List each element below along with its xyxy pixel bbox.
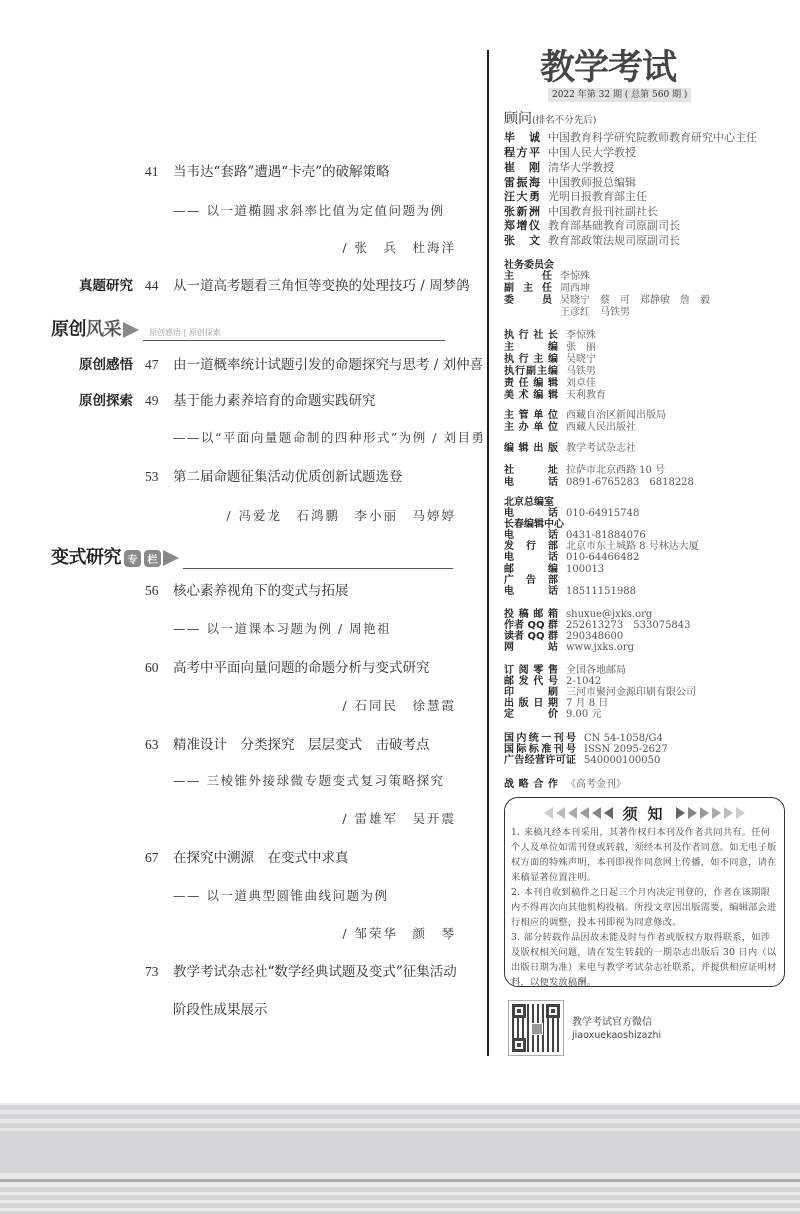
section-title: 原创风采: [51, 319, 121, 341]
article-subtitle: —— 以一道椭圆求斜率比值为定值问题为例: [173, 202, 444, 220]
editor-row: 执行主编吴晓宁: [504, 354, 596, 366]
qr-finder: [512, 1038, 526, 1052]
phone-row: 电话010-64466482: [504, 552, 639, 564]
page-number: 41: [145, 163, 173, 181]
article-title: 由一道概率统计试题引发的命题探究与思考 / 刘仲喜: [173, 357, 483, 373]
article-subtitle: —— 以一道课本习题为例 / 周艳祖: [173, 620, 391, 638]
partner-row: 战略合作《高考金刊》: [504, 779, 626, 791]
qr-pattern: [512, 1004, 560, 1052]
page-number: 60: [145, 659, 173, 677]
committee-row: 委员吴晓宁 蔡 可 郑静敏 詹 毅: [504, 295, 710, 307]
page-number: 49: [145, 392, 173, 410]
toc-entry-60[interactable]: 60高考中平面向量问题的命题分析与变式研究: [145, 659, 430, 677]
triangle-left-icon: [544, 807, 553, 819]
triangle-left-icon: [568, 807, 577, 819]
committee-row: 副主任周西坤: [504, 283, 590, 295]
triangle-right-icon: [688, 807, 697, 819]
page-number: 53: [145, 468, 173, 486]
wechat-label: 教学考试官方微信: [572, 1013, 652, 1028]
section-rule: [183, 553, 453, 569]
editor-row: 责任编辑刘卓佳: [504, 378, 596, 390]
article-title: 教学考试杂志社“数学经典试题及变式”征集活动: [173, 964, 457, 980]
advisor-row: 郑增仪教育部基础教育司原副司长: [504, 219, 680, 234]
toc-entry-56[interactable]: 56核心素养视角下的变式与拓展: [145, 582, 349, 600]
page-number: 73: [145, 963, 173, 981]
advisor-row: 程方平中国人民大学教授: [504, 146, 636, 161]
advisor-row: 雷振海中国教师报总编辑: [504, 176, 636, 191]
section-header-original: 原创风采 原创感悟 | 原创探索: [51, 317, 445, 341]
column-divider: [487, 50, 489, 1056]
triangle-left-icon: [604, 807, 613, 819]
article-authors: / 邹荣华 颜 琴: [342, 925, 456, 943]
unit-row: 主办单位西藏人民出版社: [504, 422, 636, 434]
badge-lan: 栏: [144, 550, 161, 567]
arrow-right-icon: [163, 550, 179, 566]
article-title: 基于能力素养培育的命题实践研究: [173, 393, 376, 409]
qr-logo: [531, 1023, 543, 1035]
article-title: 从一道高考题看三角恒等变换的处理技巧 / 周梦鸽: [173, 278, 470, 294]
table-of-contents: 41当韦达“套路”遭遇“卡壳”的破解策略 —— 以一道椭圆求斜率比值为定值问题为…: [0, 0, 480, 1060]
notice-title: 须知: [622, 803, 672, 824]
website-row: 网站www.jxks.org: [504, 642, 634, 654]
publisher-row: 编辑出版教学考试杂志社: [504, 443, 636, 455]
article-title: 核心素养视角下的变式与拓展: [173, 583, 349, 599]
price-row: 定价9.00 元: [504, 709, 601, 721]
advisor-row: 崔 刚清华大学教授: [504, 161, 614, 176]
page-number: 47: [145, 356, 173, 374]
page-number: 56: [145, 582, 173, 600]
issue-number: 2022 年第 32 期 ( 总第 560 期 ): [548, 88, 691, 102]
section-label-tansuo: 原创探索: [43, 392, 133, 410]
toc-entry-41[interactable]: 41当韦达“套路”遭遇“卡壳”的破解策略: [145, 163, 390, 181]
phone-row: 电话18511151988: [504, 586, 636, 598]
triangle-right-icon: [724, 807, 733, 819]
arrow-right-icon: [123, 322, 139, 338]
notice-item-3: 3. 部分转载作品因故未能及时与作者或版权方取得联系，如涉及版权相关问题，请在发…: [511, 930, 778, 990]
advisor-row: 毕 诚中国教育科学研究院教师教育研究中心主任: [504, 131, 757, 146]
article-authors: / 石同民 徐慧霞: [342, 697, 456, 715]
editor-row: 美术编辑天利教育: [504, 390, 606, 402]
article-title: 精准设计 分类探究 层层变式 击破考点: [173, 737, 430, 753]
article-subtitle: ——以“平面向量题命制的四种形式”为例 / 刘目勇: [173, 429, 485, 447]
qr-finder: [546, 1004, 560, 1018]
toc-entry-49[interactable]: 49基于能力素养培育的命题实践研究: [145, 392, 376, 410]
page-number: 63: [145, 736, 173, 754]
editor-row: 主编张 丽: [504, 342, 596, 354]
toc-entry-47[interactable]: 47由一道概率统计试题引发的命题探究与思考 / 刘仲喜: [145, 356, 483, 374]
magazine-logo: 教学考试: [540, 48, 676, 88]
badge-zhuan: 专: [124, 550, 141, 567]
unit-row: 主管单位西藏自治区新闻出版局: [504, 410, 666, 422]
ad-license-row: 广告经营许可证540000100050: [504, 755, 660, 767]
article-authors: / 雷雄军 吴开震: [342, 810, 456, 828]
triangle-left-icon: [556, 807, 565, 819]
editor-row: 执行副主编马铁男: [504, 366, 596, 378]
notice-header: 须知: [511, 804, 778, 822]
toc-entry-44[interactable]: 44从一道高考题看三角恒等变换的处理技巧 / 周梦鸽: [145, 277, 470, 295]
article-title-continued: 阶段性成果展示: [173, 1001, 268, 1019]
toc-entry-73[interactable]: 73教学考试杂志社“数学经典试题及变式”征集活动: [145, 963, 457, 981]
section-subtitle: 原创感悟 | 原创探索: [143, 325, 445, 341]
committee-row: 王彦红 马铁男: [504, 307, 630, 319]
committee-row: 主任李惊殊: [504, 271, 590, 283]
advisor-row: 张 文教育部政策法规司原副司长: [504, 234, 680, 249]
advisors-heading: 顾问(排名不分先后): [504, 110, 596, 130]
phone-row: 电话0891-6765283 6818228: [504, 477, 694, 489]
triangle-right-icon: [712, 807, 721, 819]
wechat-id: jiaoxuekaoshizazhi: [572, 1030, 661, 1041]
section-label-zhenti: 真题研究: [43, 277, 133, 295]
triangle-right-icon: [676, 807, 685, 819]
advisor-row: 张新洲中国教育报刊社副社长: [504, 205, 658, 220]
article-title: 当韦达“套路”遭遇“卡壳”的破解策略: [173, 164, 390, 180]
section-header-variant: 变式研究 专 栏: [51, 545, 453, 569]
qr-finder: [512, 1004, 526, 1018]
article-title: 第二届命题征集活动优质创新试题选登: [173, 469, 403, 485]
page-number: 44: [145, 277, 173, 295]
triangle-right-icon: [736, 807, 745, 819]
article-title: 在探究中溯源 在变式中求真: [173, 850, 349, 866]
triangle-left-icon: [580, 807, 589, 819]
editor-row: 执行社长李惊殊: [504, 330, 596, 342]
wechat-qr-code[interactable]: [508, 1000, 564, 1056]
section-label-ganwu: 原创感悟: [43, 356, 133, 374]
section-title: 变式研究: [51, 547, 121, 569]
triangle-left-icon: [592, 807, 601, 819]
article-authors: / 张 兵 杜海洋: [342, 239, 456, 257]
toc-entry-67[interactable]: 67在探究中溯源 在变式中求真: [145, 849, 349, 867]
address-row: 社址拉萨市北京西路 10 号: [504, 465, 665, 477]
notice-item-2: 2. 本刊自收到稿件之日起三个月内决定刊登的，作者在该期限内不得再次向其他机构投…: [511, 885, 778, 930]
article-title: 高考中平面向量问题的命题分析与变式研究: [173, 660, 430, 676]
toc-entry-63[interactable]: 63精准设计 分类探究 层层变式 击破考点: [145, 736, 430, 754]
notice-item-1: 1. 来稿凡经本刊采用，其著作权归本刊及作者共同共有。任何个人及单位如需刊登或转…: [511, 825, 778, 885]
article-subtitle: —— 以一道典型圆锥曲线问题为例: [173, 887, 388, 905]
toc-entry-53[interactable]: 53第二届命题征集活动优质创新试题选登: [145, 468, 403, 486]
advisor-row: 汪大勇光明日报教育部主任: [504, 190, 647, 205]
article-authors: / 冯爱龙 石鸿鹏 李小丽 马婷婷: [226, 507, 456, 525]
article-subtitle: —— 三棱锥外接球微专题变式复习策略探究: [173, 772, 444, 790]
notice-box: 须知 1. 来稿凡经本刊采用，其著作权归本刊及作者共同共有。任何个人及单位如需刊…: [504, 797, 785, 987]
page-number: 67: [145, 849, 173, 867]
triangle-right-icon: [700, 807, 709, 819]
footer-stripes: [0, 1103, 800, 1214]
